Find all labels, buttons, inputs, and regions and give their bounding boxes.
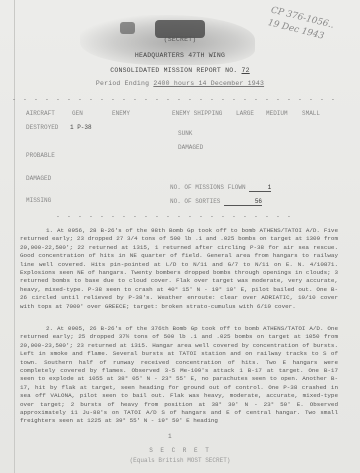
paragraph-1: 1. At 0956, 28 B-26's of the 98th Bomb G… [20,227,338,311]
page-number: 1 [168,433,172,440]
classification-bottom: S E C R E T [0,447,360,454]
sorties: NO. OF SORTIES 56 [170,198,262,206]
paragraph-text: At 0905, 26 B-26's of the 376th Bomb Gp … [20,325,338,424]
row-sunk-label: SUNK [178,130,192,137]
divider-dashes-2: - - - - - - - - - - - - - - - - - - - - … [56,213,296,220]
missions-flown: NO. OF MISSIONS FLOWN 1 [170,184,271,192]
classification-bottom-note: (Equals British MOST SECRET) [0,457,360,464]
row-damaged-label: DAMAGED [26,175,51,182]
scanned-page: CP 376-1056.. 19 Dec 1943 (SECRET) HEADQ… [0,0,360,473]
sorties-value: 56 [224,198,262,206]
row-destroyed-label: DESTROYED [26,124,58,131]
paragraph-2: 2. At 0905, 26 B-26's of the 376th Bomb … [20,325,338,426]
report-number: 72 [242,67,250,74]
col-enemy: ENEMY [112,110,130,117]
col-gen: GEN [72,110,83,117]
period-value: 2400 hours 14 December 1943 [153,80,264,87]
row-probable-label: PROBABLE [26,152,55,159]
report-title: CONSOLIDATED MISSION REPORT NO. 72 [0,67,360,74]
col-aircraft: AIRCRAFT [26,110,55,117]
headquarters-title: HEADQUARTERS 47TH WING [0,52,360,59]
period-line: Period Ending 2400 hours 14 December 194… [0,80,360,87]
divider-dashes: - - - - - - - - - - - - - - - - - - - - … [12,96,342,103]
paragraph-number: 2. [46,325,53,332]
col-enemy-shipping: ENEMY SHIPPING [172,110,222,117]
row-missing-label: MISSING [26,197,51,204]
missions-flown-value: 1 [249,184,271,192]
row-destroyed-value: 1 P-38 [70,124,92,131]
missions-flown-label: NO. OF MISSIONS FLOWN [170,184,246,191]
report-title-prefix: CONSOLIDATED MISSION REPORT NO. [110,67,237,74]
paragraph-text: At 0956, 28 B-26's of the 98th Bomb Gp t… [20,227,338,310]
col-large: LARGE [236,110,254,117]
col-medium: MEDIUM [266,110,288,117]
col-small: SMALL [302,110,320,117]
handwritten-note: CP 376-1056.. 19 Dec 1943 [266,4,360,51]
row-shipping-damaged-label: DAMAGED [178,144,203,151]
ink-blot-small [120,22,135,34]
paragraph-number: 1. [46,227,53,234]
classification-top: (SECRET) [0,36,360,43]
period-label: Period Ending [96,80,149,87]
sorties-label: NO. OF SORTIES [170,198,220,205]
